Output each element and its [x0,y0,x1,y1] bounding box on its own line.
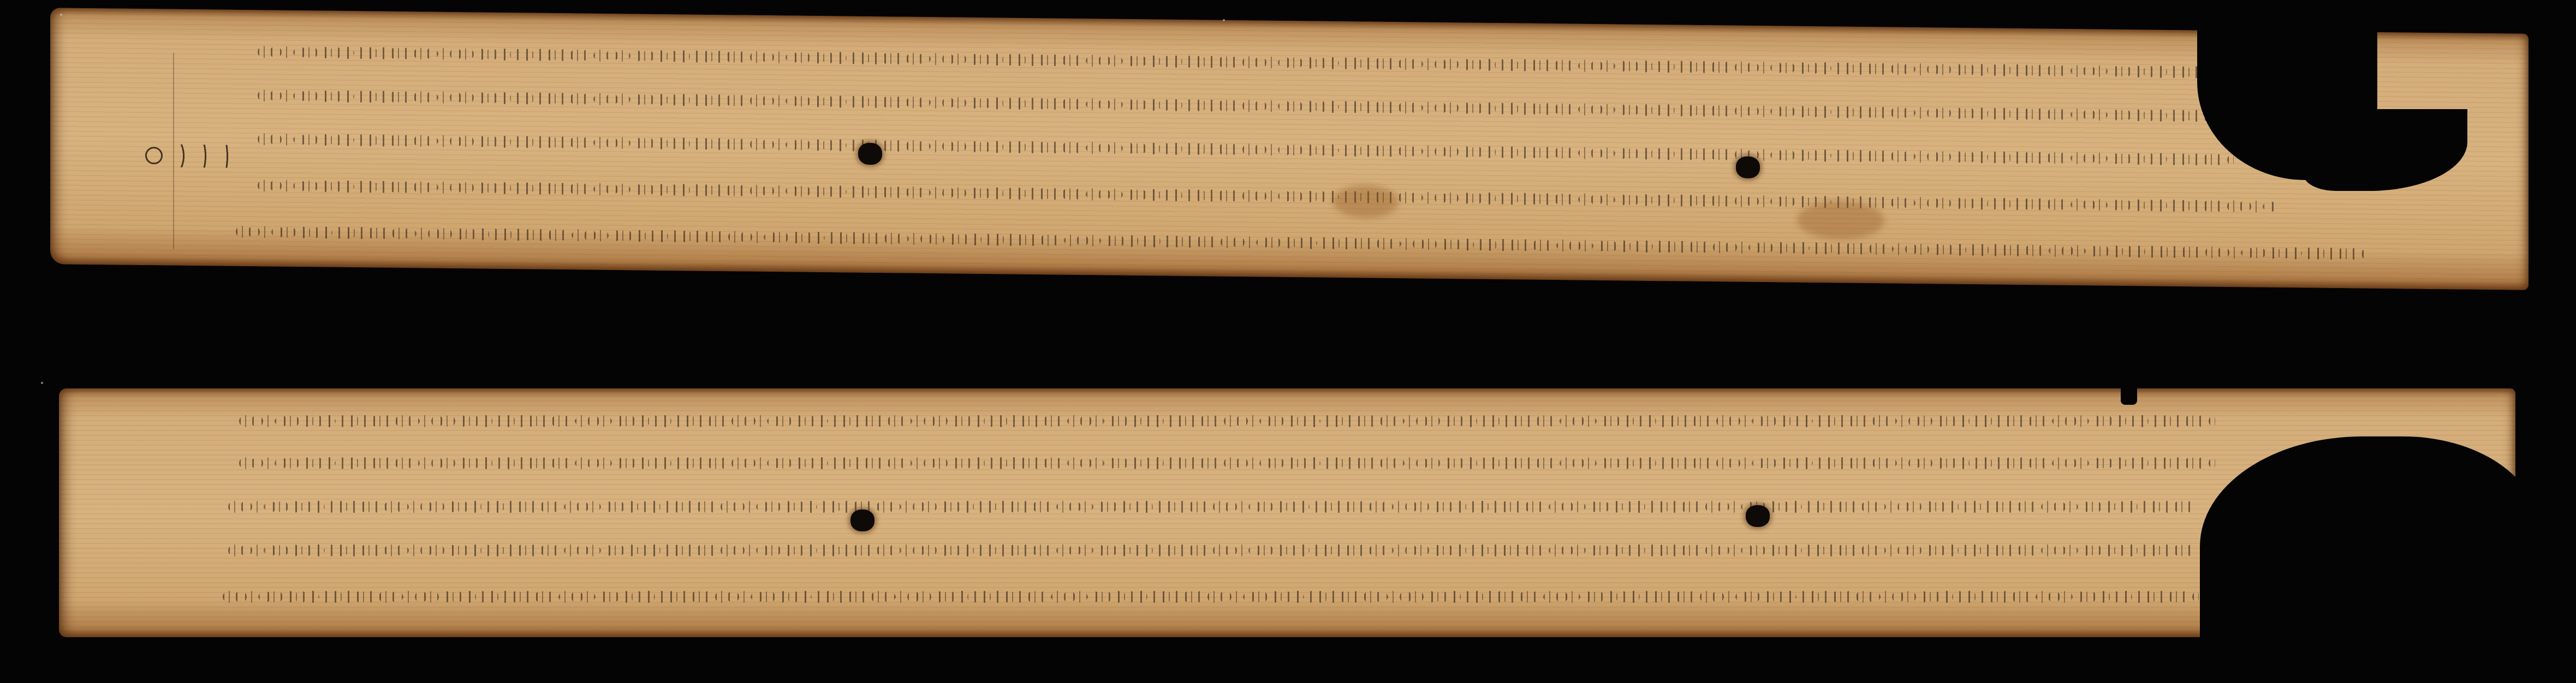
text-line: line 5 — handwritten script [223,579,2199,612]
dust-speck [41,382,43,384]
binding-hole [1736,157,1760,178]
dust-speck [1223,19,1225,21]
text-line: line 5 — handwritten script [236,214,2365,269]
text-line: line 2 — handwritten script [239,446,2215,478]
text-line: line 4 — handwritten script [258,168,2277,222]
binding-hole [850,510,874,531]
leaf-damage-bottom [2200,436,2538,666]
palm-leaf-folio-bottom: line 1 — handwritten script line 2 — han… [59,388,2515,637]
palm-leaf-folio-top: folio number (script numerals) line 1 — … [50,8,2529,290]
text-line: line 2 — handwritten script [258,78,2212,131]
binding-hole [1746,505,1770,527]
text-line: line 1 — handwritten script (continuous … [258,34,2212,87]
dust-speck [60,14,62,16]
leaf-notch [2121,388,2137,405]
margin-rule [173,53,174,249]
text-line: line 1 — handwritten script [239,404,2215,436]
text-line: line 4 — handwritten script [228,533,2193,566]
binding-hole [858,143,882,165]
stain [1333,185,1399,218]
text-line: line 3 — handwritten script [228,489,2193,522]
